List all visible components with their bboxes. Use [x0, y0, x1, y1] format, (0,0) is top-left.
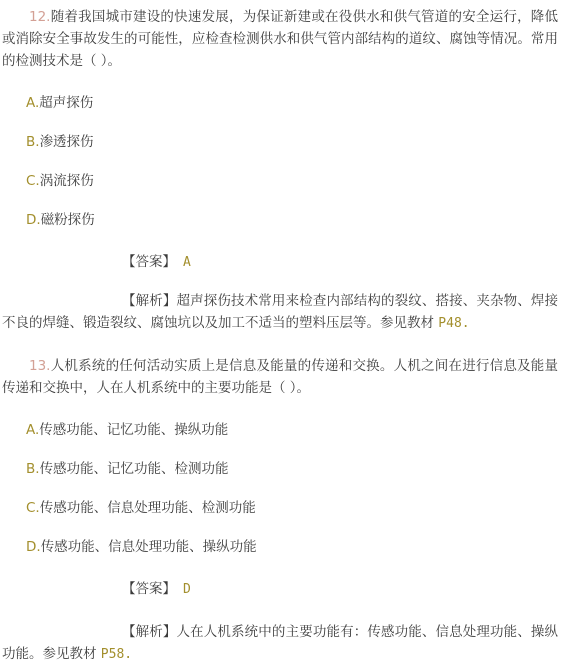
option-text: 磁粉探伤: [41, 212, 95, 228]
option-letter: C.: [26, 173, 40, 189]
analysis-text: 人在人机系统中的主要功能有：传感功能、信息处理功能、操纵功能。参见教材: [2, 624, 558, 662]
question-13-number: 13.: [29, 358, 50, 374]
answer-value: A: [183, 255, 191, 270]
analysis-label: 【解析】: [122, 624, 177, 640]
option-text: 传感功能、记忆功能、操纵功能: [39, 422, 228, 438]
textbook-page-ref: P58.: [101, 647, 132, 662]
question-12-option-c: C.涡流探伤: [2, 170, 558, 192]
question-13-answer-line: 【答案】D: [2, 578, 558, 601]
question-13-block: 13.人机系统的任何活动实质上是信息及能量的传递和交换。人机之间在进行信息及能量…: [2, 355, 558, 662]
answer-label: 【答案】: [122, 254, 176, 270]
question-13-option-d: D.传感功能、信息处理功能、操纵功能: [2, 536, 558, 558]
option-letter: A.: [26, 422, 39, 438]
question-12-stem: 12.随着我国城市建设的快速发展，为保证新建或在役供水和供气管道的安全运行，降低…: [2, 6, 558, 72]
option-text: 渗透探伤: [40, 134, 94, 150]
option-letter: D.: [26, 212, 41, 228]
answer-label: 【答案】: [122, 581, 176, 597]
question-13-stem: 13.人机系统的任何活动实质上是信息及能量的传递和交换。人机之间在进行信息及能量…: [2, 355, 558, 399]
option-letter: B.: [26, 461, 40, 477]
question-12-text: 随着我国城市建设的快速发展，为保证新建或在役供水和供气管道的安全运行，降低或消除…: [2, 9, 558, 69]
answer-value: D: [183, 582, 191, 597]
option-text: 涡流探伤: [40, 173, 94, 189]
question-13-option-a: A.传感功能、记忆功能、操纵功能: [2, 419, 558, 441]
question-12-option-d: D.磁粉探伤: [2, 209, 558, 231]
question-13-text: 人机系统的任何活动实质上是信息及能量的传递和交换。人机之间在进行信息及能量传递和…: [2, 358, 558, 396]
question-12-block: 12.随着我国城市建设的快速发展，为保证新建或在役供水和供气管道的安全运行，降低…: [2, 6, 558, 335]
question-12-option-b: B.渗透探伤: [2, 131, 558, 153]
question-12-answer-line: 【答案】A: [2, 251, 558, 274]
exam-document-page: 12.随着我国城市建设的快速发展，为保证新建或在役供水和供气管道的安全运行，降低…: [0, 0, 561, 662]
option-text: 传感功能、信息处理功能、操纵功能: [41, 539, 257, 555]
option-letter: A.: [26, 95, 39, 111]
textbook-page-ref: P48.: [438, 316, 469, 331]
option-text: 超声探伤: [39, 95, 93, 111]
question-13-analysis: 【解析】人在人机系统中的主要功能有：传感功能、信息处理功能、操纵功能。参见教材 …: [2, 621, 558, 662]
option-letter: C.: [26, 500, 40, 516]
question-12-option-a: A.超声探伤: [2, 92, 558, 114]
option-letter: B.: [26, 134, 40, 150]
option-letter: D.: [26, 539, 41, 555]
question-13-option-c: C.传感功能、信息处理功能、检测功能: [2, 497, 558, 519]
question-13-option-b: B.传感功能、记忆功能、检测功能: [2, 458, 558, 480]
question-12-analysis: 【解析】超声探伤技术常用来检查内部结构的裂纹、搭接、夹杂物、焊接不良的焊缝、锻造…: [2, 290, 558, 335]
analysis-text: 超声探伤技术常用来检查内部结构的裂纹、搭接、夹杂物、焊接不良的焊缝、锻造裂纹、腐…: [2, 293, 558, 331]
option-text: 传感功能、记忆功能、检测功能: [40, 461, 229, 477]
question-12-number: 12.: [29, 9, 50, 25]
analysis-label: 【解析】: [122, 293, 177, 309]
option-text: 传感功能、信息处理功能、检测功能: [40, 500, 256, 516]
